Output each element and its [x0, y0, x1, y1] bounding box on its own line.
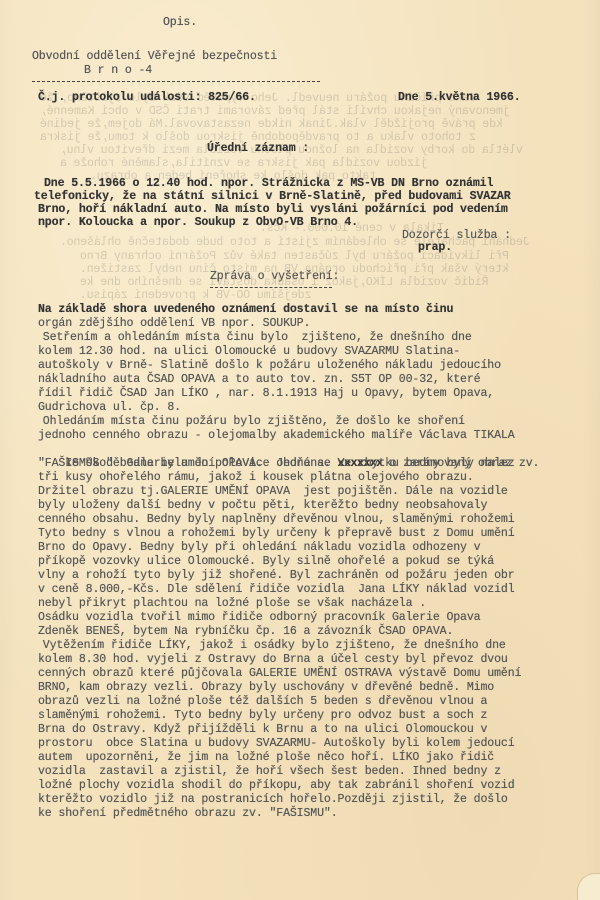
report-line: Setřením a ohledáním místa činu bylo zji…: [36, 331, 472, 345]
report-line: vozidla zastavil a zjistil, že hoří všec…: [38, 765, 501, 779]
report-line: ložné plochy vozidla shodil do příkopu, …: [38, 779, 515, 793]
report-line: prostoru obce Slatina u budovy SVAZARMU-…: [38, 737, 515, 751]
record-line: npor. Koloucka a npor. Soukup z ObvO-VB …: [38, 216, 358, 230]
investigation-heading-underline: [210, 287, 332, 288]
bleed-through-line: jmenovaný nejakou chvíli stál před závor…: [40, 105, 510, 119]
report-line: Zdeněk BENEŠ, bytem Na rybníčku čp. 16 a…: [38, 625, 453, 639]
record-line: telefonicky, že na státní silnici v Brně…: [34, 190, 511, 204]
report-line: BRNO, kam obrazy vezli. Obrazy byly usch…: [38, 681, 494, 695]
report-line: autoškoly v Brně- Slatině došlo k požáru…: [38, 359, 501, 373]
report-line: Držitel obrazu tj.GALERIE UMĚNÍ OPAVA je…: [38, 485, 508, 499]
report-line: "FAŠISMUS " bedna byla do polovice ohoře…: [38, 457, 515, 471]
report-line: nebyl přikryt plachtou na ložné ploše se…: [38, 597, 426, 611]
report-line: slaměnými rohožemi. Tyto bedny byly urče…: [38, 709, 487, 723]
bleed-through-line: jízdou vozidla pak jiskra se vznítila,sl…: [60, 157, 428, 171]
record-line: Dne 5.5.1966 o 12.40 hod. npor. Strážnic…: [44, 177, 493, 191]
report-line: jednoho cenného obrazu - olejomalby akad…: [38, 429, 515, 443]
report-line: Brno do Opavy. Bedny byly při ohledání n…: [38, 541, 480, 555]
report-line: orgán zdějšího oddělení VB npor. SOUKUP.: [38, 317, 310, 331]
report-line: Na základě shora uvedeného oznámení dost…: [38, 303, 453, 317]
report-line: Osádku vozidla tvořil mimo řidiče odborn…: [38, 611, 480, 625]
report-line: Vytěžením řidiče LÍKY, jakož i osádky by…: [36, 639, 506, 653]
document-date: Dne 5.května 1966.: [398, 91, 521, 105]
report-line: řídil řidič ČSAD Jan LÍKO , nar. 8.1.191…: [38, 387, 494, 401]
report-line: ke shoření předmětného obrazu zv. "FAŠIS…: [38, 807, 338, 821]
report-line: cenných obrazů které půjčovala GALERIE U…: [38, 667, 521, 681]
office-name: Obvodní oddělení Věřejné bezpečnosti: [32, 50, 277, 64]
report-line: kterěžto vozidlo již na postranicích hoř…: [38, 793, 508, 807]
office-city: B r n o -4: [84, 64, 152, 78]
report-line: nákladního auta ČSAD OPAVA a to auto tov…: [38, 373, 480, 387]
report-line: Tyto bedny s vlnou a rohožemi byly určen…: [38, 527, 515, 541]
signature-rank: prap.: [418, 241, 452, 255]
report-line: obrazů vezli na ložné ploše též dalších …: [38, 695, 487, 709]
typewritten-document-page: Jako příčinu požáru neuvedl. Jeho výpově…: [0, 0, 600, 900]
report-line: Brna do Ostravy. Když přijížděli k Brnu …: [38, 723, 487, 737]
report-line: vlny a rohoží tyto byly již shořené. Byl…: [38, 569, 515, 583]
copy-label: Opis.: [163, 16, 197, 30]
report-line: Ohledáním místa činu požáru bylo zjištěn…: [36, 415, 465, 429]
report-line: byly uloženy další bedny v počtu pěti, k…: [38, 499, 487, 513]
bleed-through-line: zdejšímu OO-VB k provedení zápisu.: [80, 289, 311, 303]
report-line: Gudrichova ul. čp. 8.: [38, 401, 181, 415]
report-line: kolem 12.30 hod. na ulici Olomoucké u bu…: [38, 345, 460, 359]
header-divider: [32, 81, 320, 82]
report-line: příkopě vozovky ulice Olomoucké. Byly si…: [38, 555, 494, 569]
page-corner-fold: [577, 873, 600, 900]
report-line: v ceně 8.000,-Kčs. Dle sdělení řidiče vo…: [38, 583, 515, 597]
report-line: tři kusy ohořelého rámu, jakož i kousek …: [38, 471, 474, 485]
report-line: cenného obsahu. Bedny byly naplněny dřev…: [38, 513, 515, 527]
report-line: autem upozorněni, že jim na ložné ploše …: [38, 751, 494, 765]
official-record-heading: Úřední záznam :: [207, 142, 309, 156]
report-line: kolem 8.30 hod. vyjeli z Ostravy do Brna…: [38, 653, 508, 667]
investigation-heading: Zpráva o vyšetření:: [210, 270, 339, 284]
bleed-through-line: kde právě projížděl vlak.Jinak nikde nez…: [40, 118, 503, 132]
record-line: Brno, hoří nákladní auto. Na místo byli …: [38, 203, 508, 217]
protocol-reference: Č.j. protokolu události: 825/66.: [38, 91, 256, 105]
